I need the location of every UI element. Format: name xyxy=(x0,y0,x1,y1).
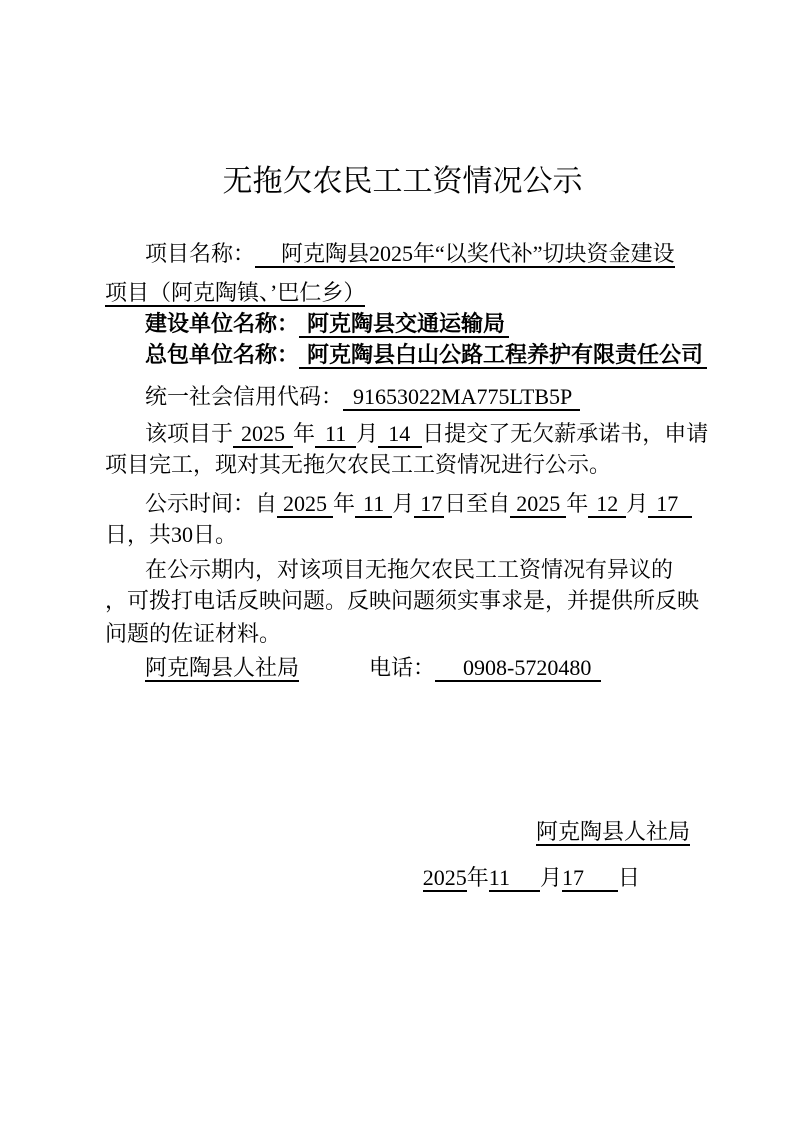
contractor-value: 阿克陶县白山公路工程养护有限责任公司 xyxy=(299,342,707,369)
commitment-line2-text: 项目完工，现对其无拖欠农民工工资情况进行公示。 xyxy=(105,452,611,477)
document-page: 无拖欠农民工工资情况公示 项目名称：阿克陶县2025年“以奖代补”切块资金建设 … xyxy=(0,0,793,1122)
publicity-end-month-unit: 月 xyxy=(626,491,648,516)
builder-value: 阿克陶县交通运输局 xyxy=(299,311,509,338)
publicity-end-day: 17 xyxy=(648,491,692,518)
commitment-prefix: 该项目于 xyxy=(145,421,233,446)
publicity-end-year-unit: 年 xyxy=(566,491,588,516)
publicity-end-month: 12 xyxy=(588,491,626,518)
commitment-day: 14 xyxy=(378,421,422,448)
project-name-line2: 项目（阿克陶镇、’巴仁乡） xyxy=(105,277,700,308)
signature-date-line: 2025年11月17日 xyxy=(105,862,700,893)
publicity-prefix: 公示时间：自 xyxy=(145,491,277,516)
phone-label: 电话： xyxy=(369,655,435,680)
builder-label: 建设单位名称： xyxy=(145,311,299,336)
project-name-value-line2: 项目（阿克陶镇、’巴仁乡） xyxy=(105,280,365,307)
contact-line: 阿克陶县人社局电话：0908-5720480 xyxy=(105,652,700,683)
credit-code-label: 统一社会信用代码： xyxy=(145,384,343,409)
credit-code-line: 统一社会信用代码：91653022MA775LTB5P xyxy=(105,381,700,412)
commitment-year-unit: 年 xyxy=(293,421,315,446)
document-content: 无拖欠农民工工资情况公示 项目名称：阿克陶县2025年“以奖代补”切块资金建设 … xyxy=(0,160,793,893)
publicity-start-month-unit: 月 xyxy=(392,491,414,516)
builder-line: 建设单位名称：阿克陶县交通运输局 xyxy=(105,308,700,339)
credit-code-value: 91653022MA775LTB5P xyxy=(343,384,580,411)
signature-month: 11 xyxy=(489,865,540,892)
publicity-start-day: 17 xyxy=(414,491,444,518)
publicity-period-line1: 公示时间：自2025年11月17日至自2025年12月17 xyxy=(105,488,700,519)
signature-month-unit: 月 xyxy=(540,865,562,890)
publicity-period-line2: 日，共30日。 xyxy=(105,519,700,550)
contact-agency: 阿克陶县人社局 xyxy=(145,655,299,682)
signature-day-unit: 日 xyxy=(618,865,640,890)
objection-line2: ，可拨打电话反映问题。反映问题须实事求是，并提供所反映 xyxy=(105,585,700,616)
commitment-year: 2025 xyxy=(233,421,293,448)
objection-line1-text: 在公示期内，对该项目无拖欠农民工工资情况有异议的 xyxy=(145,557,673,582)
objection-line3: 问题的佐证材料。 xyxy=(105,618,700,649)
project-name-value-line1: 阿克陶县2025年“以奖代补”切块资金建设 xyxy=(255,241,675,268)
signature-day: 17 xyxy=(562,865,618,892)
commitment-month-unit: 月 xyxy=(356,421,378,446)
signature-agency-line: 阿克陶县人社局 xyxy=(105,816,700,847)
publicity-start-month: 11 xyxy=(355,491,392,518)
publicity-middle: 日至自 xyxy=(444,491,510,516)
publicity-end-year: 2025 xyxy=(510,491,566,518)
signature-year-unit: 年 xyxy=(467,865,489,890)
objection-line2-text: ，可拨打电话反映问题。反映问题须实事求是，并提供所反映 xyxy=(105,588,699,613)
document-title: 无拖欠农民工工资情况公示 xyxy=(105,160,700,204)
objection-line3-text: 问题的佐证材料。 xyxy=(105,621,281,646)
signature-agency: 阿克陶县人社局 xyxy=(536,819,690,846)
commitment-line1: 该项目于2025年11月14日提交了无欠薪承诺书，申请 xyxy=(105,418,700,449)
phone-value: 0908-5720480 xyxy=(435,655,601,682)
commitment-line2: 项目完工，现对其无拖欠农民工工资情况进行公示。 xyxy=(105,449,700,480)
contractor-line: 总包单位名称：阿克陶县白山公路工程养护有限责任公司 xyxy=(105,339,700,370)
publicity-line2-text: 日，共30日。 xyxy=(105,522,237,547)
signature-year: 2025 xyxy=(423,865,467,892)
objection-line1: 在公示期内，对该项目无拖欠农民工工资情况有异议的 xyxy=(105,554,700,585)
publicity-start-year-unit: 年 xyxy=(333,491,355,516)
commitment-month: 11 xyxy=(315,421,356,448)
publicity-start-year: 2025 xyxy=(277,491,333,518)
commitment-rest: 日提交了无欠薪承诺书，申请 xyxy=(422,421,708,446)
contractor-label: 总包单位名称： xyxy=(145,342,299,367)
project-name-line1: 项目名称：阿克陶县2025年“以奖代补”切块资金建设 xyxy=(105,238,700,269)
project-name-label: 项目名称： xyxy=(145,241,255,266)
